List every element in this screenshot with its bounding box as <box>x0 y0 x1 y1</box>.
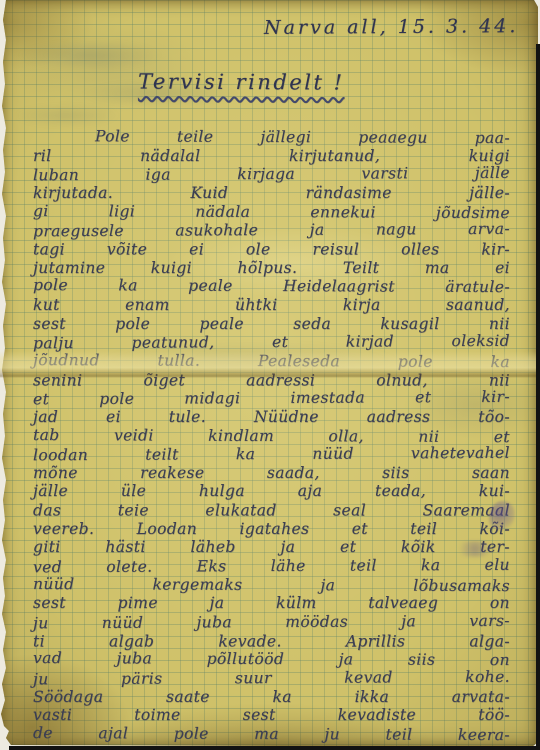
handwritten-line: vadjubapõllutöödjasiison <box>33 649 510 670</box>
handwritten-line: vedolete.Eksläheteilkaelu <box>33 556 510 577</box>
handwritten-line: jälleülehulgaajateada,kui- <box>33 482 510 501</box>
handwritten-line: sestpolepealesedakusagilnii <box>33 315 510 334</box>
handwritten-line: polekapealeHeidelaagristäratule- <box>33 276 510 297</box>
dateline: Narva all, 15. 3. 44. <box>264 15 518 39</box>
handwritten-line: lubanigakirjagavarstijälle <box>33 164 510 185</box>
handwritten-line: Poleteilejällegipeaaegupaa- <box>33 127 510 148</box>
handwritten-line: junüüdjubamöödasjavars- <box>33 612 510 633</box>
handwritten-line: Söödagasaatekaikkaarvata- <box>33 688 510 707</box>
handwritten-line: tagivõiteeiolereisulolleskir- <box>33 240 510 259</box>
scan-edge-shadow <box>536 44 540 750</box>
handwritten-line: rilnädalalkirjutanud,kuigi <box>33 147 510 166</box>
handwritten-line: etpolemidagiimestadaetkir- <box>33 388 510 409</box>
letter-body: Poleteilejällegipeaaegupaa-rilnädalalkir… <box>33 128 510 744</box>
handwritten-line: gitihästilähebjaetkõikter- <box>33 538 510 557</box>
handwritten-line: nüüdkergemaksjalõbusamaks <box>33 575 510 596</box>
handwritten-line: paljupeatunud,etkirjadoleksid <box>33 332 510 353</box>
handwritten-line: jadeitule.Nüüdneaadresstõo- <box>33 408 510 427</box>
handwritten-line: dasteieelukatadsealSaaremaal <box>33 502 510 521</box>
handwritten-line: jupärissuurkevadkohe. <box>33 668 510 689</box>
handwritten-line: deajalpolemajuteilkeera- <box>33 724 510 745</box>
handwritten-line: tabveidikindlamolla,niiet <box>33 425 510 446</box>
handwritten-line: jutaminekuigihõlpus.Teiltmaei <box>33 259 510 278</box>
handwritten-line: vastitoimesestkevadistetöö- <box>33 706 510 725</box>
handwritten-line: veereb.Loodanigatahesetteilkõi- <box>33 520 510 539</box>
handwritten-line: mõnereakesesaada,siissaan <box>33 464 510 483</box>
salutation: Tervisi rindelt ! <box>138 69 345 94</box>
handwritten-line: kutenamühtkikirjasaanud, <box>33 296 510 315</box>
handwritten-line: tialgabkevade.Aprillisalga- <box>33 632 510 651</box>
handwritten-line: loodanteiltkanüüdvahetevahel <box>33 444 510 465</box>
handwritten-line: praeguseleasukohalejanaguarva- <box>33 220 510 241</box>
handwritten-line: jõudnudtulla.Pealesedapoleka <box>33 351 510 372</box>
handwritten-line: seniniõigetaadressiolnud,nii <box>33 371 510 390</box>
scan-edge-shadow <box>9 746 540 750</box>
scanned-letter-page: Narva all, 15. 3. 44. Tervisi rindelt ! … <box>0 0 540 750</box>
handwritten-line: kirjutada.Kuidrändasimejälle- <box>33 184 510 203</box>
ink-blot <box>455 541 495 557</box>
handwritten-line: sestpimejakülmtalveaegon <box>33 594 510 613</box>
